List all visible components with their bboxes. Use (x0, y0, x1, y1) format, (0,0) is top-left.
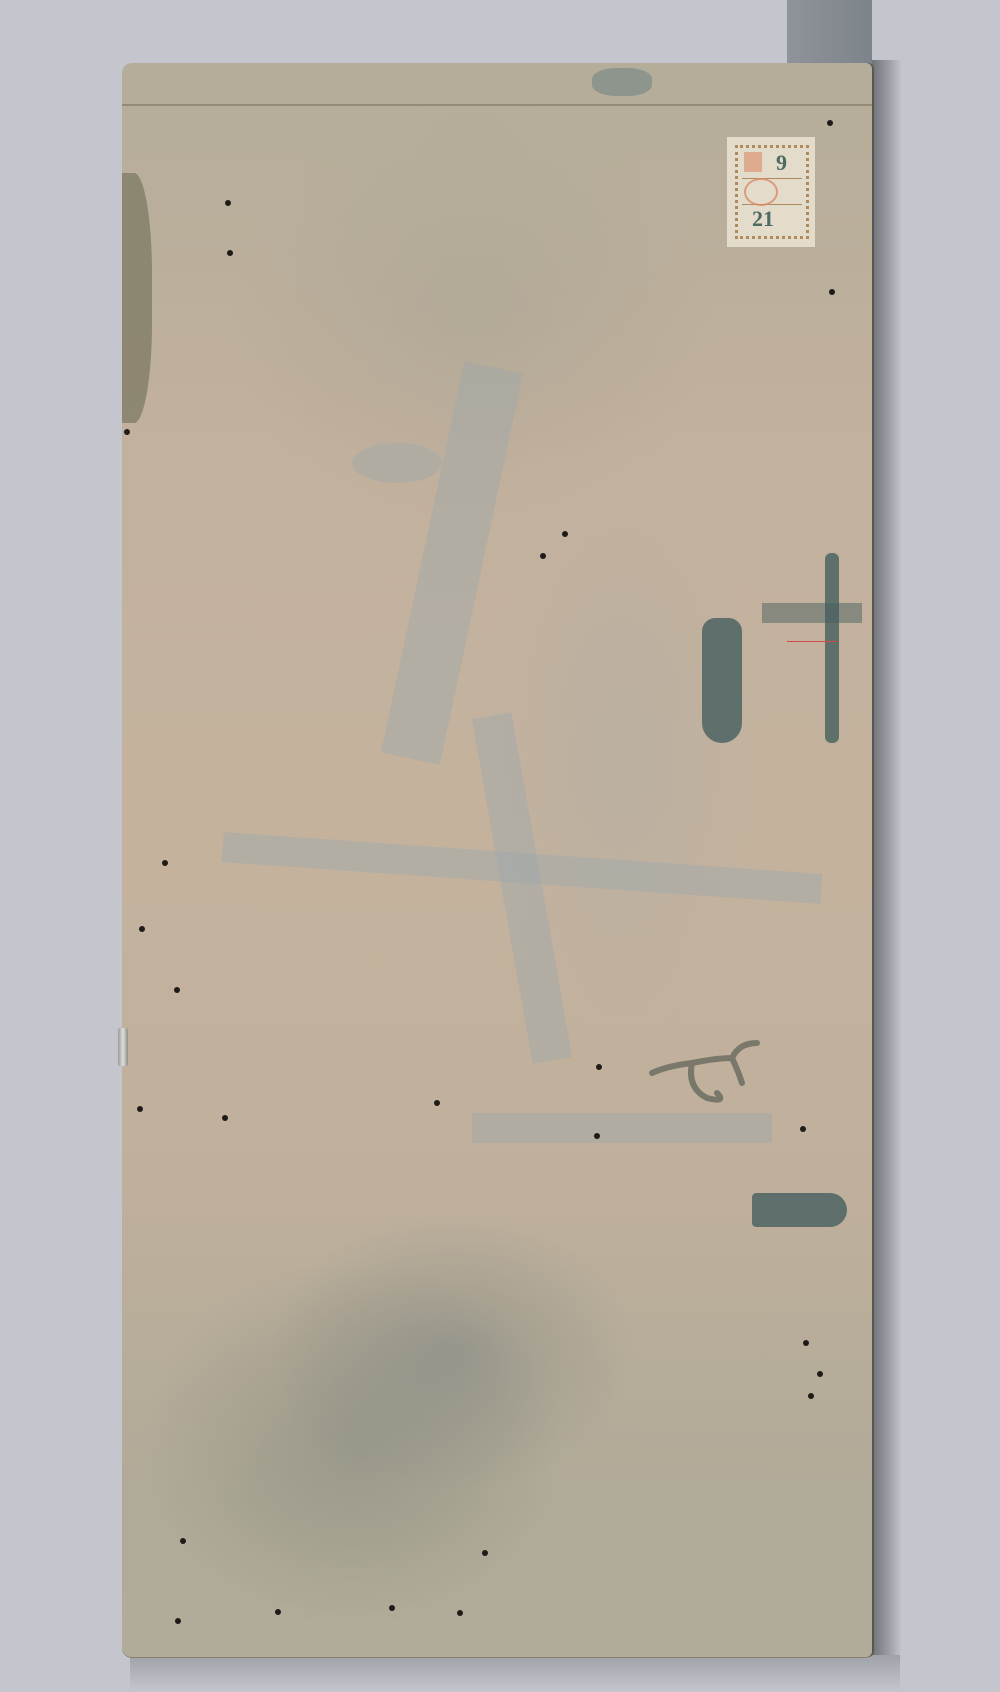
wormhole (222, 1115, 228, 1121)
label-ornamental-frame: 9 21 (735, 145, 809, 239)
wormhole (139, 926, 145, 932)
label-bottom-number: 21 (752, 206, 774, 232)
wormhole (803, 1340, 809, 1346)
wormhole (540, 553, 546, 559)
wormhole (124, 429, 130, 435)
wormhole (275, 1609, 281, 1615)
backdrop-shadow-top (787, 0, 872, 70)
wormhole (389, 1605, 395, 1611)
ink-stroke (825, 553, 839, 743)
wormhole (817, 1371, 823, 1377)
wormhole (808, 1393, 814, 1399)
wormhole (596, 1064, 602, 1070)
wormhole (594, 1133, 600, 1139)
wormhole (562, 531, 568, 537)
wormhole (829, 289, 835, 295)
faint-ink-stroke (472, 1113, 772, 1143)
wormhole (827, 120, 833, 126)
label-divider (742, 204, 802, 205)
metal-clip (118, 1028, 128, 1066)
faint-ink-stroke (472, 712, 572, 1064)
backdrop-shadow-bottom (130, 1655, 900, 1692)
ink-squiggle-mark (647, 1038, 767, 1113)
book-cover: 9 21 (122, 63, 872, 1657)
wormhole (175, 1618, 181, 1624)
wormhole (457, 1610, 463, 1616)
wormhole (800, 1126, 806, 1132)
faint-ink-blot (352, 443, 442, 483)
top-stain (592, 68, 652, 96)
cover-fold-line (122, 104, 872, 106)
wormhole (482, 1550, 488, 1556)
red-seal-stamp (744, 178, 778, 206)
label-stamp-character (744, 152, 762, 172)
faint-ink-stroke (381, 361, 523, 765)
wormhole (162, 860, 168, 866)
catalog-label: 9 21 (727, 137, 815, 247)
red-line-mark (787, 641, 837, 642)
wormhole (174, 987, 180, 993)
backdrop-shadow-right (872, 60, 902, 1660)
wormhole (137, 1106, 143, 1112)
wormhole (227, 250, 233, 256)
wormhole (434, 1100, 440, 1106)
ink-stroke (762, 603, 862, 623)
ink-stroke (752, 1193, 847, 1227)
ink-stroke (702, 618, 742, 743)
wormhole (180, 1538, 186, 1544)
label-divider (742, 178, 802, 179)
left-edge-tear (122, 173, 152, 423)
wormhole (225, 200, 231, 206)
label-top-number: 9 (776, 150, 787, 176)
